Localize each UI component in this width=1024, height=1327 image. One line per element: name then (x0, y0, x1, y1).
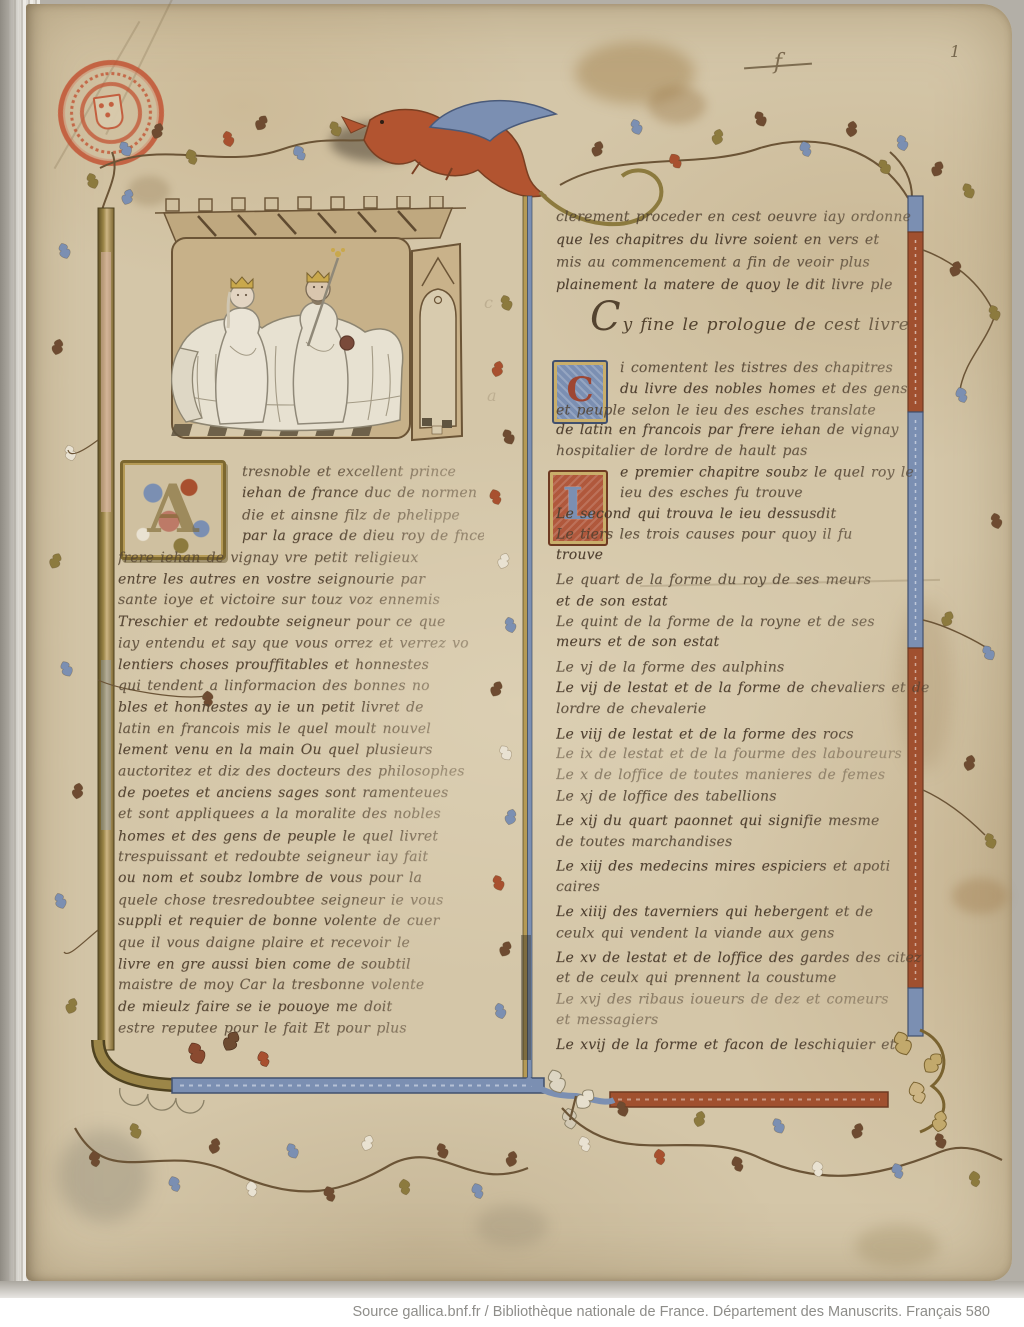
manuscript-text-line: Le quart de la forme du roy de ses meurs (556, 570, 998, 591)
manuscript-text-line: lentiers choses prouffitables et honnest… (118, 655, 484, 676)
manuscript-text-line: tresnoble et excellent prince (118, 462, 484, 483)
manuscript-text-line: plainement la matere de quoy le dit livr… (556, 274, 998, 297)
stain (476, 1205, 548, 1247)
manuscript-text-line: homes et des gens de peuple le quel livr… (118, 826, 484, 847)
manuscript-text-line: latin en francois mis le quel moult nouv… (118, 719, 484, 740)
manuscript-text-line: Le second qui trouva le ieu dessusdit (556, 504, 998, 525)
manuscript-text-line: Le ix de lestat et de la fourme des labo… (556, 744, 998, 765)
manuscript-text-line: par la grace de dieu roy de fnce (118, 526, 484, 547)
manuscript-text-line: hospitalier de lordre de hault pas (556, 441, 998, 462)
manuscript-text-line: de poetes et anciens sages sont ramenteu… (118, 783, 484, 804)
manuscript-text-line: de latin en francois par frere iehan de … (556, 420, 998, 441)
folio-number: 1 (950, 42, 960, 61)
source-attribution-text: Source gallica.bnf.fr / Bibliothèque nat… (352, 1304, 1024, 1320)
manuscript-text-line: de toutes marchandises (556, 832, 998, 853)
manuscript-text-line: du livre des nobles homes et des gens (556, 379, 998, 400)
manuscript-text-line: et de son estat (556, 591, 998, 612)
top-quire-mark: f (742, 50, 814, 80)
manuscript-text-line: entre les autres en vostre seignourie pa… (118, 570, 484, 591)
manuscript-text-line: maistre de moy Car la tresbonne volente (118, 975, 484, 996)
manuscript-text-line: ceulx qui vendent la viande aux gens (556, 923, 998, 944)
offset-ink-ghost: a (487, 386, 497, 405)
manuscript-text-line: et peuple selon le ieu des esches transl… (556, 400, 998, 421)
manuscript-text-line: e premier chapitre soubz le quel roy le (556, 463, 998, 484)
manuscript-text-line: die et ainsne filz de phelippe (118, 505, 484, 526)
manuscript-text-line: clerement proceder en cest oeuvre iay or… (556, 206, 998, 229)
manuscript-text-line: que les chapitres du livre soient en ver… (556, 229, 998, 252)
manuscript-text-line: quele chose tresredoubtee seigneur ie vo… (118, 890, 484, 911)
manuscript-text-line: iehan de france duc de normen (118, 483, 484, 504)
manuscript-text-line: Le viij de lestat et de la forme des roc… (556, 724, 998, 745)
manuscript-text-line: Le tiers les trois causes pour quoy il f… (556, 525, 998, 546)
manuscript-text-line: meurs et de son estat (556, 632, 998, 653)
manuscript-text-line: Treschier et redoubte seigneur pour ce q… (118, 612, 484, 633)
prologue-end-lines: clerement proceder en cest oeuvre iay or… (556, 206, 998, 296)
manuscript-text-line: sante ioye et victoire sur touz voz enne… (118, 590, 484, 611)
manuscript-text-line: Le xj de loffice des tabellions (556, 787, 998, 808)
manuscript-text-line: et de ceulx qui prennent la coustume (556, 968, 998, 989)
manuscript-text-line: Le xv de lestat et de loffice des gardes… (556, 948, 998, 969)
manuscript-text-line: Le vj de la forme des aulphins (556, 658, 998, 679)
manuscript-text-line: bles et honnestes ay ie un petit livret … (118, 698, 484, 719)
manuscript-text-line: lordre de chevalerie (556, 699, 998, 720)
manuscript-text-line: auctoritez et diz des docteurs des philo… (118, 762, 484, 783)
manuscript-text-line: que il vous daigne plaire et recevoir le (118, 933, 484, 954)
manuscript-text-line: frere iehan de vignay vre petit religieu… (118, 548, 484, 569)
manuscript-text-line: trespuissant et redoubte seigneur iay fa… (118, 847, 484, 868)
manuscript-text-line: Le vij de lestat et de la forme de cheva… (556, 678, 998, 699)
manuscript-text-line: livre en gre aussi bien come de soubtil (118, 955, 484, 976)
stain (855, 1225, 939, 1267)
gallica-manuscript-scan: { "page": { "folio_number": "1", "top_ma… (0, 0, 1024, 1327)
manuscript-text-line: Le xvij de la forme et facon de leschiqu… (556, 1035, 998, 1056)
right-text-column: clerement proceder en cest oeuvre iay or… (556, 206, 998, 1056)
manuscript-text-line: i comentent les tistres des chapitres (556, 358, 998, 379)
manuscript-text-line: Le xij du quart paonnet qui signifie mes… (556, 811, 998, 832)
gallica-footer-bar: Source gallica.bnf.fr / Bibliothèque nat… (0, 1298, 1024, 1327)
stain (58, 1130, 150, 1222)
manuscript-text-line: qui tendent a linformacion des bonnes no (118, 676, 484, 697)
prologue-explicit-heading: Cy fine le prologue de cest livre (590, 306, 998, 352)
stain (128, 176, 170, 206)
left-text-column: tresnoble et excellent princeiehan de fr… (118, 462, 484, 1040)
manuscript-text-line: Le quint de la forme de la royne et de s… (556, 612, 998, 633)
scan-bottom-edge (0, 1281, 1024, 1298)
manuscript-text-line: lement venu en la main Ou quel plusieurs (118, 740, 484, 761)
manuscript-text-line: ou nom et soubz lombre de vous pour la (118, 868, 484, 889)
manuscript-text-line: estre reputee pour le fait Et pour plus (118, 1019, 484, 1040)
manuscript-text-line: et sont appliquees a la moralite des nob… (118, 804, 484, 825)
manuscript-text-line: et messagiers (556, 1010, 998, 1031)
quire-mark-letter: f (774, 50, 782, 75)
manuscript-text-line: Le xiiij des taverniers qui hebergent et… (556, 902, 998, 923)
manuscript-text-line: caires (556, 877, 998, 898)
manuscript-text-line: Le xiij des medecins mires espiciers et … (556, 857, 998, 878)
manuscript-text-line: suppli et requier de bonne volente de cu… (118, 911, 484, 932)
stain (330, 122, 426, 162)
stain (648, 86, 706, 124)
manuscript-text-line: iay entendu et say que vous orrez et ver… (118, 634, 484, 655)
manuscript-text-line: de mieulz faire se ie pouoye me doit (118, 997, 484, 1018)
chapter-list: i comentent les tistres des chapitresdu … (556, 358, 998, 1056)
manuscript-text-line: mis au commencement a fin de veoir plus (556, 252, 998, 275)
manuscript-text-line: ieu des esches fu trouve (556, 483, 998, 504)
offset-ink-ghost: c (484, 293, 493, 312)
manuscript-text-line: trouve (556, 545, 998, 566)
manuscript-text-line: Le x de loffice de toutes manieres de fe… (556, 765, 998, 786)
manuscript-text-line: Le xvj des ribaus ioueurs de dez et come… (556, 990, 998, 1011)
